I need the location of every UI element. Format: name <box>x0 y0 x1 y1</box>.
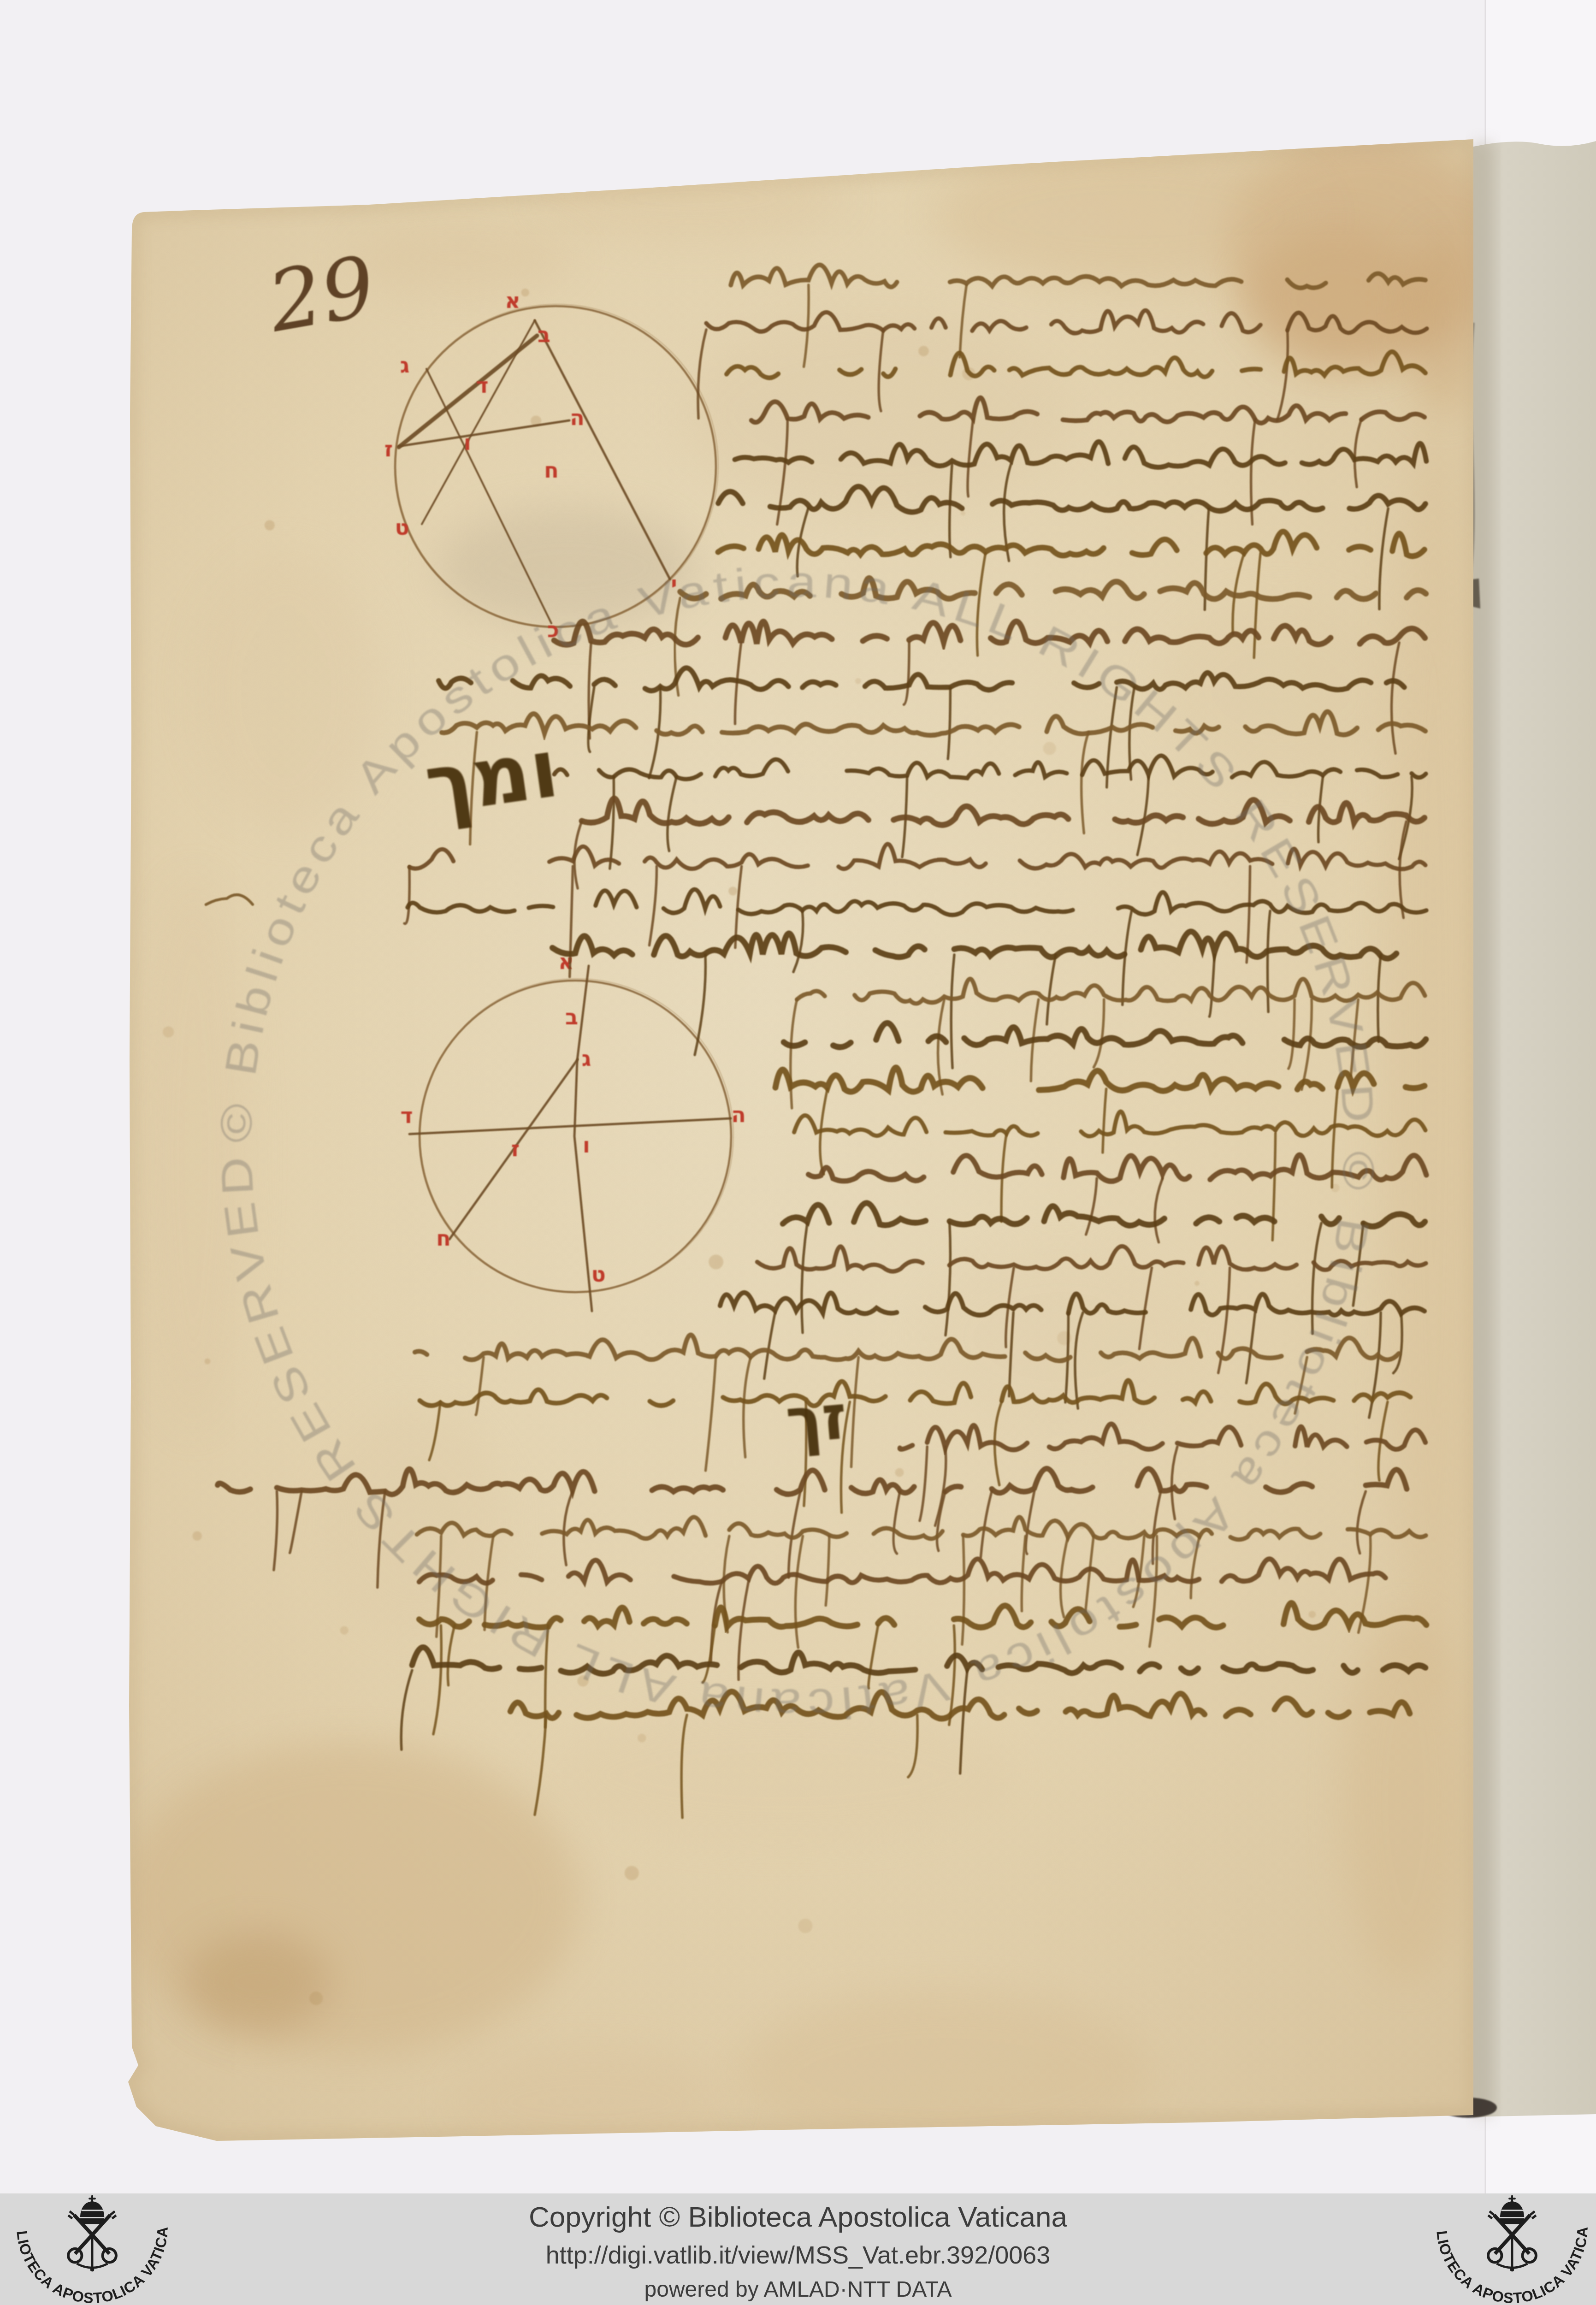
footer-url: http://digi.vatlib.it/view/MSS_Vat.ebr.3… <box>546 2241 1051 2269</box>
diagram-point-label: א <box>505 288 520 313</box>
diagram-point-label: ד <box>400 1103 413 1128</box>
footer-powered-by: powered by AMLAD·NTT DATA <box>644 2277 952 2302</box>
folio-number: 29 <box>261 238 382 351</box>
diagram-point-label: ג <box>400 353 410 378</box>
emphasized-word: זך <box>783 1381 850 1458</box>
diagram-point-label: ח <box>544 458 559 483</box>
diagram-point-label: ה <box>570 405 585 430</box>
diagram-point-label: ו <box>464 430 471 455</box>
diagram-point-label: ז <box>384 437 393 461</box>
diagram-point-label: ב <box>565 1005 578 1029</box>
diagram-point-label: ו <box>583 1133 590 1158</box>
diagram-point-label: ג <box>582 1046 591 1071</box>
diagram-point-label: ב <box>538 322 550 347</box>
diagram-point-label: ט <box>591 1262 605 1287</box>
diagram-point-label: ט <box>395 515 409 540</box>
diagram-point-label: ה <box>731 1102 746 1127</box>
gutter-shade <box>1473 143 1493 2116</box>
diagram-point-label: ז <box>511 1136 520 1161</box>
diagram-point-label: ד <box>476 373 488 398</box>
scan-viewport: BIBLIOTECA APOSTOLICA VATICANA אבגדהוזחט… <box>0 0 1596 2305</box>
manuscript-scan: BIBLIOTECA APOSTOLICA VATICANA אבגדהוזחט… <box>0 0 1596 2305</box>
footer-copyright: Copyright © Biblioteca Apostolica Vatica… <box>529 2201 1068 2233</box>
diagram-point-label: ח <box>436 1226 451 1251</box>
paper-grain <box>127 136 1475 2143</box>
